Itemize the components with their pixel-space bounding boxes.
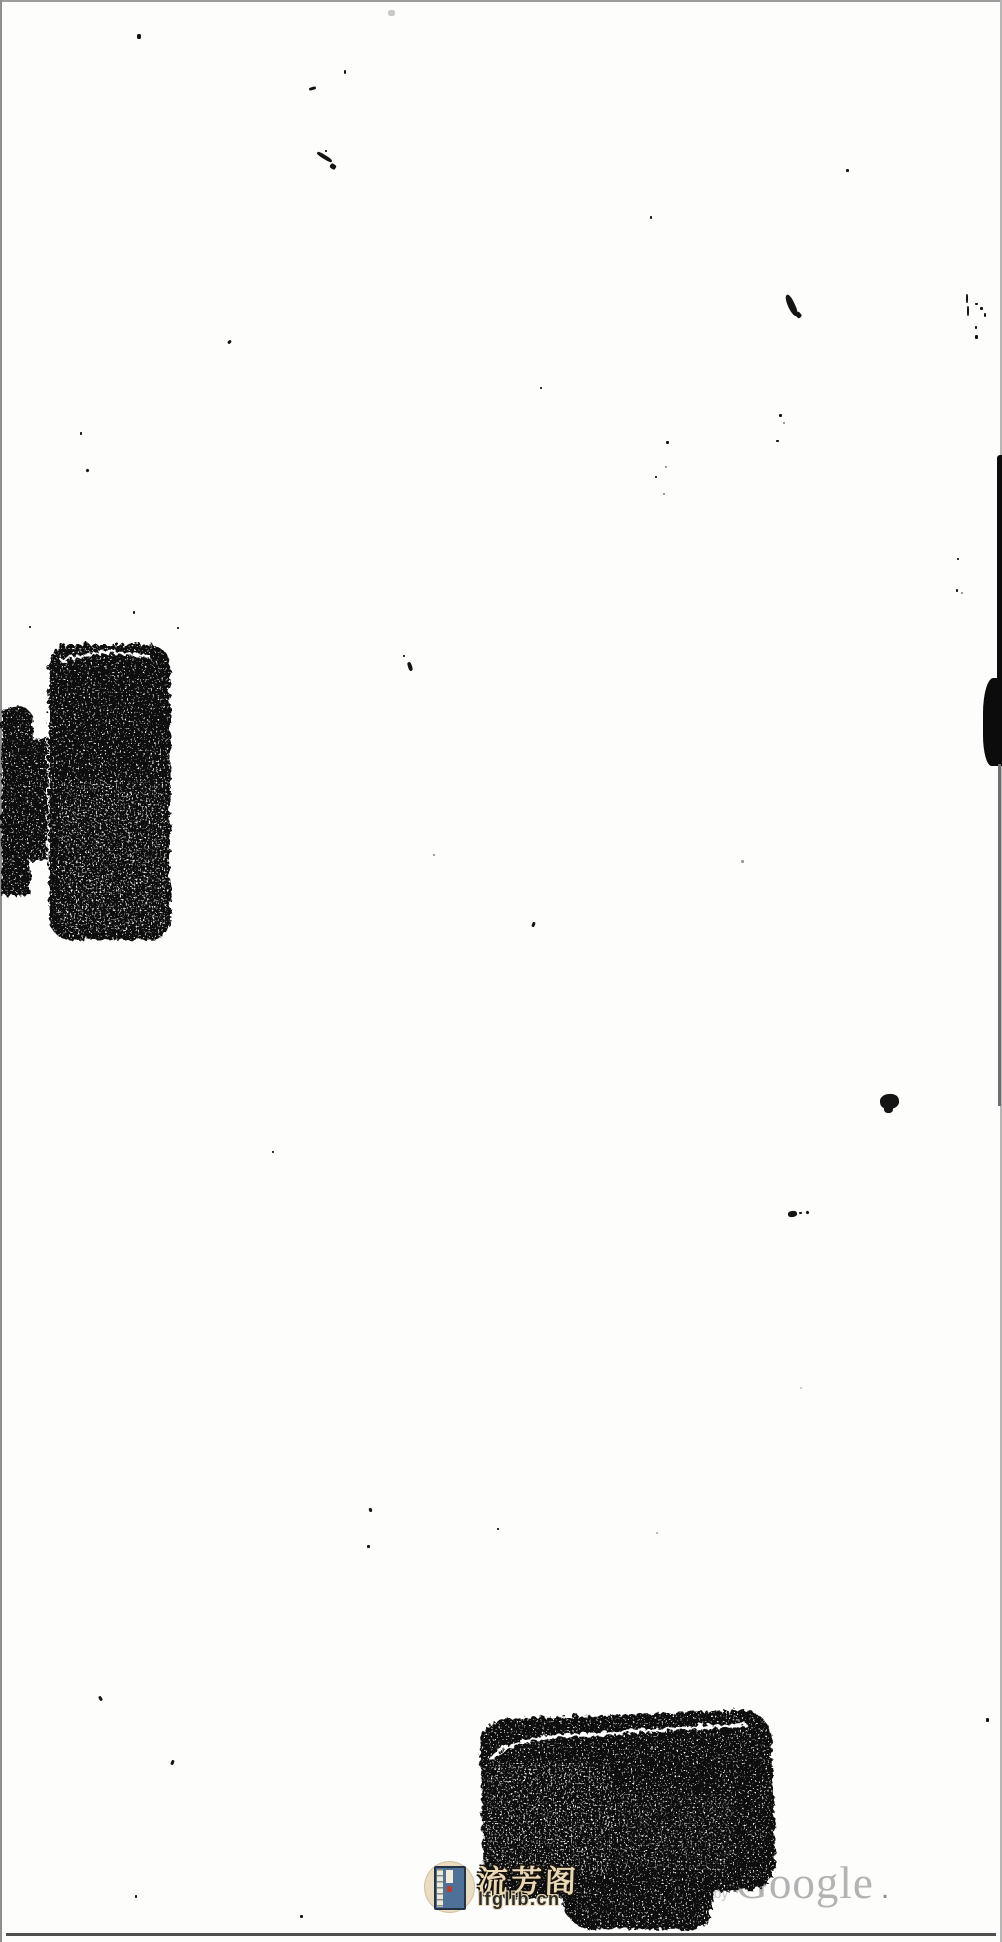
ink-speck [388,10,395,16]
ink-speck [656,1532,658,1534]
ink-speck [325,150,327,152]
right-edge-ink-blob [983,678,1002,766]
scan-edge-top [0,0,1002,2]
ink-speck [29,626,31,628]
ink-speck [846,169,849,172]
ink-speck [497,1528,499,1530]
ink-speck [776,440,779,442]
ink-speck [975,303,978,305]
ink-speck [650,216,652,219]
ink-speck [799,1212,802,1214]
ink-speck [407,662,414,672]
ink-speck [975,326,977,329]
ink-speck [805,1210,809,1214]
ink-speck [975,335,978,339]
right-edge-ink-streak [997,455,1002,705]
ink-speck [984,313,986,317]
ink-speck [967,306,969,316]
google-logo-period: . [881,1872,889,1906]
ink-speck [540,387,542,389]
ink-speck [986,1718,989,1722]
book-spine-stitching [437,1869,443,1907]
ink-speck [80,432,82,435]
ink-speck [137,34,141,39]
lfglib-badge [424,1861,475,1913]
ink-speck [135,1895,137,1898]
scan-edge-left [0,0,2,1942]
ink-speck [884,1104,893,1113]
ink-speck [956,589,958,592]
ink-speck [783,422,785,424]
ink-speck [961,592,963,594]
ink-speck [788,1210,798,1217]
ink-speck [800,1387,802,1389]
ink-speck [85,468,89,472]
watermark-site-url: lfglib.cn [478,1889,561,1910]
ink-speck [433,854,435,856]
ink-speck [795,311,803,319]
ink-stamp-left [0,630,200,950]
ink-speck [663,493,665,495]
ink-speck [741,860,744,863]
ink-speck [966,294,968,303]
ink-speck [779,414,782,417]
ink-speck [980,307,983,310]
ink-speck [655,476,657,478]
right-edge-shadow [998,764,1001,1106]
ink-speck [531,922,536,928]
ink-speck [98,1696,103,1702]
ink-speck [133,611,135,614]
ink-speck [344,70,346,74]
book-title-label [446,1870,453,1883]
scanned-page: Digitized by Google . 流芳阁 lfglib.cn [0,0,1002,1942]
ink-speck [309,86,317,91]
ink-speck [666,441,669,444]
ink-speck [316,151,333,163]
ink-speck [272,1151,274,1153]
ink-speck [300,1915,303,1918]
book-icon [434,1866,466,1910]
ink-speck [665,466,667,468]
ink-speck [227,340,232,345]
book-red-seal [447,1886,452,1892]
ink-speck [170,1760,175,1766]
ink-speck [177,627,179,629]
ink-speck [368,1508,372,1513]
ink-speck [957,558,959,560]
ink-speck [329,163,337,170]
ink-speck [403,655,405,657]
ink-speck [367,1545,370,1548]
